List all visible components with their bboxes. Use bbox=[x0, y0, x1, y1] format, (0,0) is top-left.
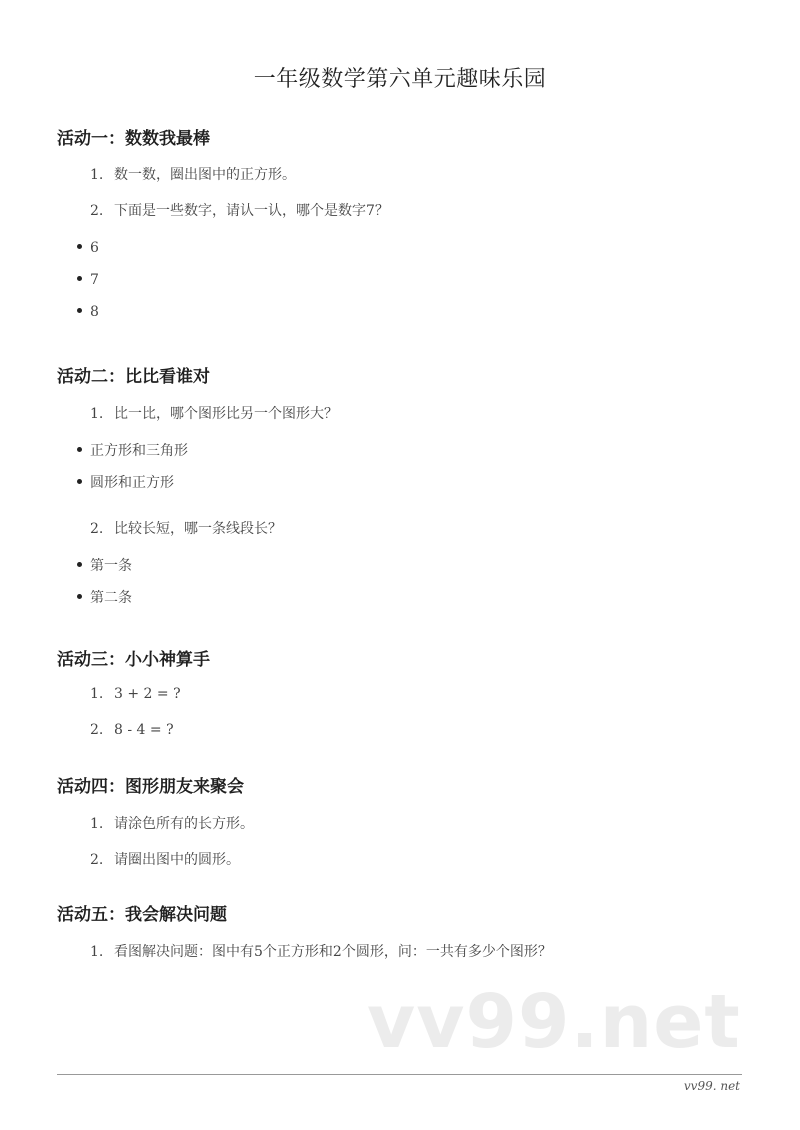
bullet-text: 7 bbox=[90, 272, 99, 288]
bullet-item: 第二条 bbox=[77, 587, 132, 607]
bullet-text: 圆形和正方形 bbox=[90, 475, 174, 491]
list-item: 2.8 - 4 = ? bbox=[90, 722, 174, 738]
item-text: 比一比，哪个图形比另一个图形大？ bbox=[114, 406, 338, 422]
bullet-icon bbox=[77, 562, 82, 567]
bullet-item: 第一条 bbox=[77, 555, 132, 575]
list-item: 1.数一数，圈出图中的正方形。 bbox=[90, 164, 296, 184]
item-number: 1. bbox=[90, 816, 114, 832]
bullet-icon bbox=[77, 447, 82, 452]
bullet-icon bbox=[77, 479, 82, 484]
item-number: 2. bbox=[90, 203, 114, 219]
bullet-item: 8 bbox=[77, 304, 99, 320]
bullet-text: 6 bbox=[90, 240, 99, 256]
list-item: 1.3 + 2 = ? bbox=[90, 686, 181, 702]
bullet-icon bbox=[77, 594, 82, 599]
page-title: 一年级数学第六单元趣味乐园 bbox=[0, 62, 800, 93]
bullet-item: 正方形和三角形 bbox=[77, 440, 188, 460]
list-item: 1.比一比，哪个图形比另一个图形大？ bbox=[90, 403, 338, 423]
item-number: 2. bbox=[90, 722, 114, 738]
list-item: 1.看图解决问题：图中有5个正方形和2个圆形，问：一共有多少个图形？ bbox=[90, 941, 552, 961]
section-heading-1: 活动一：数数我最棒 bbox=[57, 124, 210, 149]
item-text: 8 - 4 = ? bbox=[114, 722, 174, 738]
item-number: 2. bbox=[90, 521, 114, 537]
bullet-icon bbox=[77, 276, 82, 281]
item-text: 请圈出图中的圆形。 bbox=[114, 852, 240, 868]
item-text: 3 + 2 = ? bbox=[114, 686, 181, 702]
bullet-item: 圆形和正方形 bbox=[77, 472, 174, 492]
footer-text: vv99. net bbox=[684, 1079, 740, 1093]
bullet-text: 第二条 bbox=[90, 590, 132, 606]
bullet-text: 8 bbox=[90, 304, 99, 320]
bullet-item: 6 bbox=[77, 240, 99, 256]
bullet-icon bbox=[77, 308, 82, 313]
item-number: 1. bbox=[90, 406, 114, 422]
item-text: 下面是一些数字，请认一认，哪个是数字7？ bbox=[114, 203, 389, 219]
item-number: 1. bbox=[90, 167, 114, 183]
list-item: 2.请圈出图中的圆形。 bbox=[90, 849, 240, 869]
bullet-item: 7 bbox=[77, 272, 99, 288]
footer-divider bbox=[57, 1074, 742, 1075]
section-heading-4: 活动四：图形朋友来聚会 bbox=[57, 772, 244, 797]
bullet-text: 第一条 bbox=[90, 558, 132, 574]
item-number: 2. bbox=[90, 852, 114, 868]
item-text: 比较长短，哪一条线段长？ bbox=[114, 521, 282, 537]
section-heading-3: 活动三：小小神算手 bbox=[57, 645, 210, 670]
section-heading-2: 活动二：比比看谁对 bbox=[57, 362, 210, 387]
bullet-text: 正方形和三角形 bbox=[90, 443, 188, 459]
bullet-icon bbox=[77, 244, 82, 249]
item-number: 1. bbox=[90, 944, 114, 960]
item-text: 看图解决问题：图中有5个正方形和2个圆形，问：一共有多少个图形？ bbox=[114, 944, 552, 960]
item-text: 数一数，圈出图中的正方形。 bbox=[114, 167, 296, 183]
list-item: 2.比较长短，哪一条线段长？ bbox=[90, 518, 282, 538]
section-heading-5: 活动五：我会解决问题 bbox=[57, 900, 227, 925]
item-number: 1. bbox=[90, 686, 114, 702]
item-text: 请涂色所有的长方形。 bbox=[114, 816, 254, 832]
watermark: vv99.net bbox=[367, 985, 741, 1059]
list-item: 1.请涂色所有的长方形。 bbox=[90, 813, 254, 833]
list-item: 2.下面是一些数字，请认一认，哪个是数字7？ bbox=[90, 200, 389, 220]
